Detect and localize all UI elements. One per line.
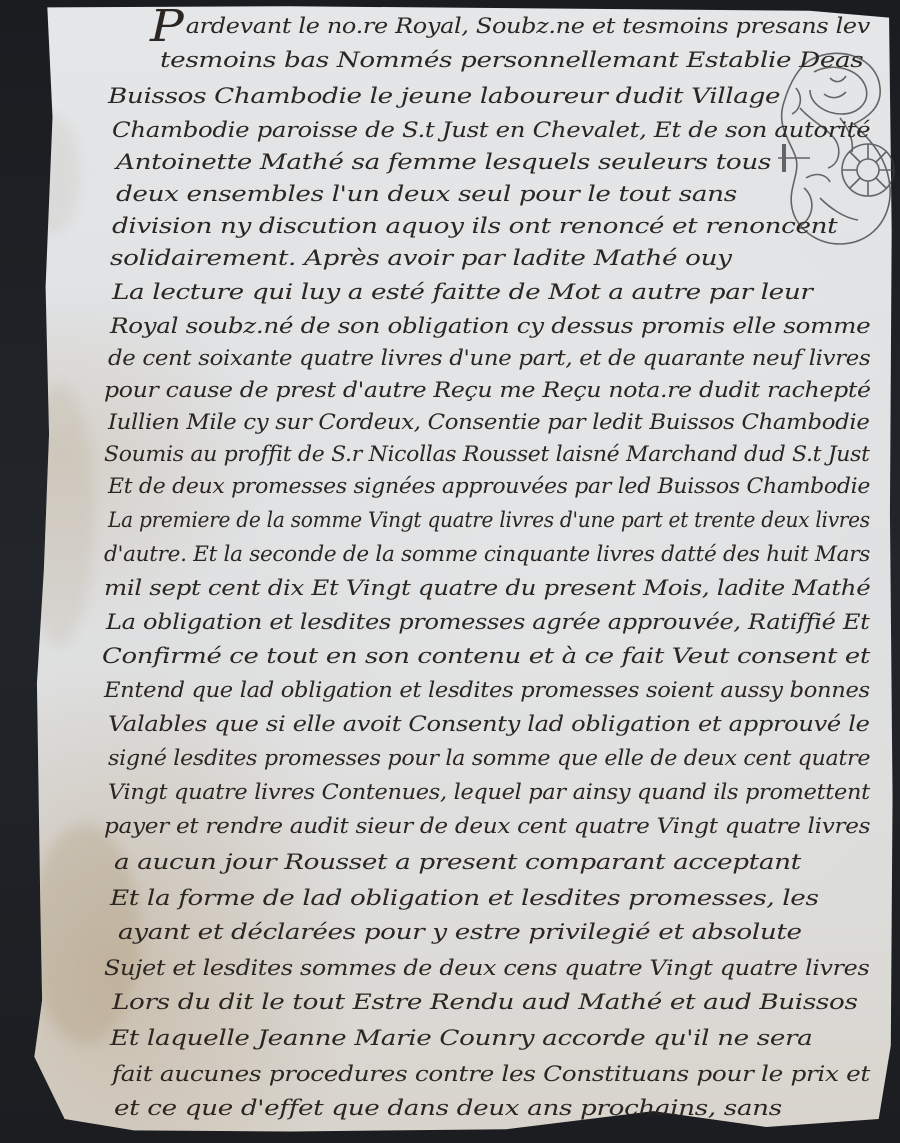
manuscript-line: Sujet et lesdites sommes de deux cens qu…: [104, 956, 869, 980]
line-text: pour cause de prest d'autre Reçu me Reçu…: [104, 378, 871, 402]
line-text: ayant et déclarées pour y estre privileg…: [118, 920, 802, 944]
line-text: signé lesdites promesses pour la somme q…: [108, 746, 870, 770]
manuscript-line: et ce que d'effet que dans deux ans proc…: [114, 1096, 782, 1120]
manuscript-line: solidairement. Après avoir par ladite Ma…: [110, 246, 732, 270]
line-text: ardevant le no.re Royal, Soubz.ne et tes…: [186, 14, 870, 38]
manuscript-line: de cent soixante quatre livres d'une par…: [108, 346, 870, 370]
line-text: deux ensembles l'un deux seul pour le to…: [116, 182, 737, 206]
line-text: Antoinette Mathé sa femme lesquels seule…: [116, 150, 771, 174]
manuscript-line: La lecture qui luy a esté faitte de Mot …: [112, 280, 813, 304]
manuscript-line: mil sept cent dix Et Vingt quatre du pre…: [104, 576, 870, 600]
manuscript-line: La obligation et lesdites promesses agré…: [106, 610, 869, 634]
line-text: Et la forme de lad obligation et lesdite…: [110, 886, 819, 910]
manuscript-line: pour cause de prest d'autre Reçu me Reçu…: [104, 378, 871, 402]
manuscript-line: payer et rendre audit sieur de deux cent…: [104, 814, 870, 838]
manuscript-line: Et la forme de lad obligation et lesdite…: [110, 886, 819, 910]
manuscript-line: La premiere de la somme Vingt quatre liv…: [108, 508, 870, 532]
line-text: Et laquelle Jeanne Marie Counry accorde …: [110, 1026, 812, 1050]
manuscript-line: Chambodie paroisse de S.t Just en Cheval…: [112, 118, 870, 142]
line-text: Vingt quatre livres Contenues, lequel pa…: [108, 780, 870, 804]
manuscript-line: division ny discution aquoy ils ont reno…: [112, 214, 837, 238]
line-text: Iullien Mile cy sur Cordeux, Consentie p…: [108, 410, 870, 434]
manuscript-line: d'autre. Et la seconde de la somme cinqu…: [104, 542, 870, 566]
line-text: division ny discution aquoy ils ont reno…: [112, 214, 837, 238]
line-text: Chambodie paroisse de S.t Just en Cheval…: [112, 118, 870, 142]
manuscript-line: Soumis au proffit de S.r Nicollas Rousse…: [104, 442, 870, 466]
line-text: La lecture qui luy a esté faitte de Mot …: [112, 280, 813, 304]
manuscript-line: a aucun jour Rousset a present comparant…: [114, 850, 801, 874]
line-text: Soumis au proffit de S.r Nicollas Rousse…: [104, 442, 870, 466]
manuscript-line: Antoinette Mathé sa femme lesquels seule…: [116, 150, 771, 174]
manuscript-line: fait aucunes procedures contre les Const…: [112, 1062, 870, 1086]
line-text: a aucun jour Rousset a present comparant…: [114, 850, 801, 874]
line-text: Lors du dit le tout Estre Rendu aud Math…: [112, 990, 858, 1014]
line-text: Sujet et lesdites sommes de deux cens qu…: [104, 956, 869, 980]
line-text: La premiere de la somme Vingt quatre liv…: [108, 508, 870, 532]
manuscript-line: Et laquelle Jeanne Marie Counry accorde …: [110, 1026, 812, 1050]
line-text: et ce que d'effet que dans deux ans proc…: [114, 1096, 782, 1120]
manuscript-line: Confirmé ce tout en son contenu et à ce …: [102, 644, 870, 668]
manuscript-line: Et de deux promesses signées approuvées …: [108, 474, 870, 498]
line-text: Confirmé ce tout en son contenu et à ce …: [102, 644, 870, 668]
line-text: solidairement. Après avoir par ladite Ma…: [110, 246, 732, 270]
line-text: tesmoins bas Nommés personnellemant Esta…: [160, 48, 863, 72]
manuscript-line: Entend que lad obligation et lesdites pr…: [104, 678, 870, 702]
manuscript-line: Lors du dit le tout Estre Rendu aud Math…: [112, 990, 858, 1014]
manuscript-line: tesmoins bas Nommés personnellemant Esta…: [160, 48, 863, 72]
manuscript-line: Pardevant le no.re Royal, Soubz.ne et te…: [150, 14, 870, 38]
manuscript-line: Valables que si elle avoit Consenty lad …: [108, 712, 870, 736]
line-text: mil sept cent dix Et Vingt quatre du pre…: [104, 576, 870, 600]
line-text: Buissos Chambodie le jeune laboureur dud…: [108, 84, 780, 108]
line-text: Valables que si elle avoit Consenty lad …: [108, 712, 870, 736]
line-text: Et de deux promesses signées approuvées …: [108, 474, 870, 498]
line-text: fait aucunes procedures contre les Const…: [112, 1062, 870, 1086]
line-text: La obligation et lesdites promesses agré…: [106, 610, 869, 634]
manuscript-line: deux ensembles l'un deux seul pour le to…: [116, 182, 737, 206]
manuscript-line: Iullien Mile cy sur Cordeux, Consentie p…: [108, 410, 870, 434]
manuscript-line: ayant et déclarées pour y estre privileg…: [118, 920, 802, 944]
line-text: de cent soixante quatre livres d'une par…: [108, 346, 870, 370]
manuscript-line: signé lesdites promesses pour la somme q…: [108, 746, 870, 770]
line-text: Royal soubz.né de son obligation cy dess…: [110, 314, 870, 338]
line-text: payer et rendre audit sieur de deux cent…: [104, 814, 870, 838]
manuscript-line: Buissos Chambodie le jeune laboureur dud…: [108, 84, 780, 108]
line-text: Entend que lad obligation et lesdites pr…: [104, 678, 870, 702]
manuscript-line: Vingt quatre livres Contenues, lequel pa…: [108, 780, 870, 804]
line-text: d'autre. Et la seconde de la somme cinqu…: [104, 542, 870, 566]
manuscript-line: Royal soubz.né de son obligation cy dess…: [110, 314, 870, 338]
decorated-initial: P: [150, 1, 183, 52]
